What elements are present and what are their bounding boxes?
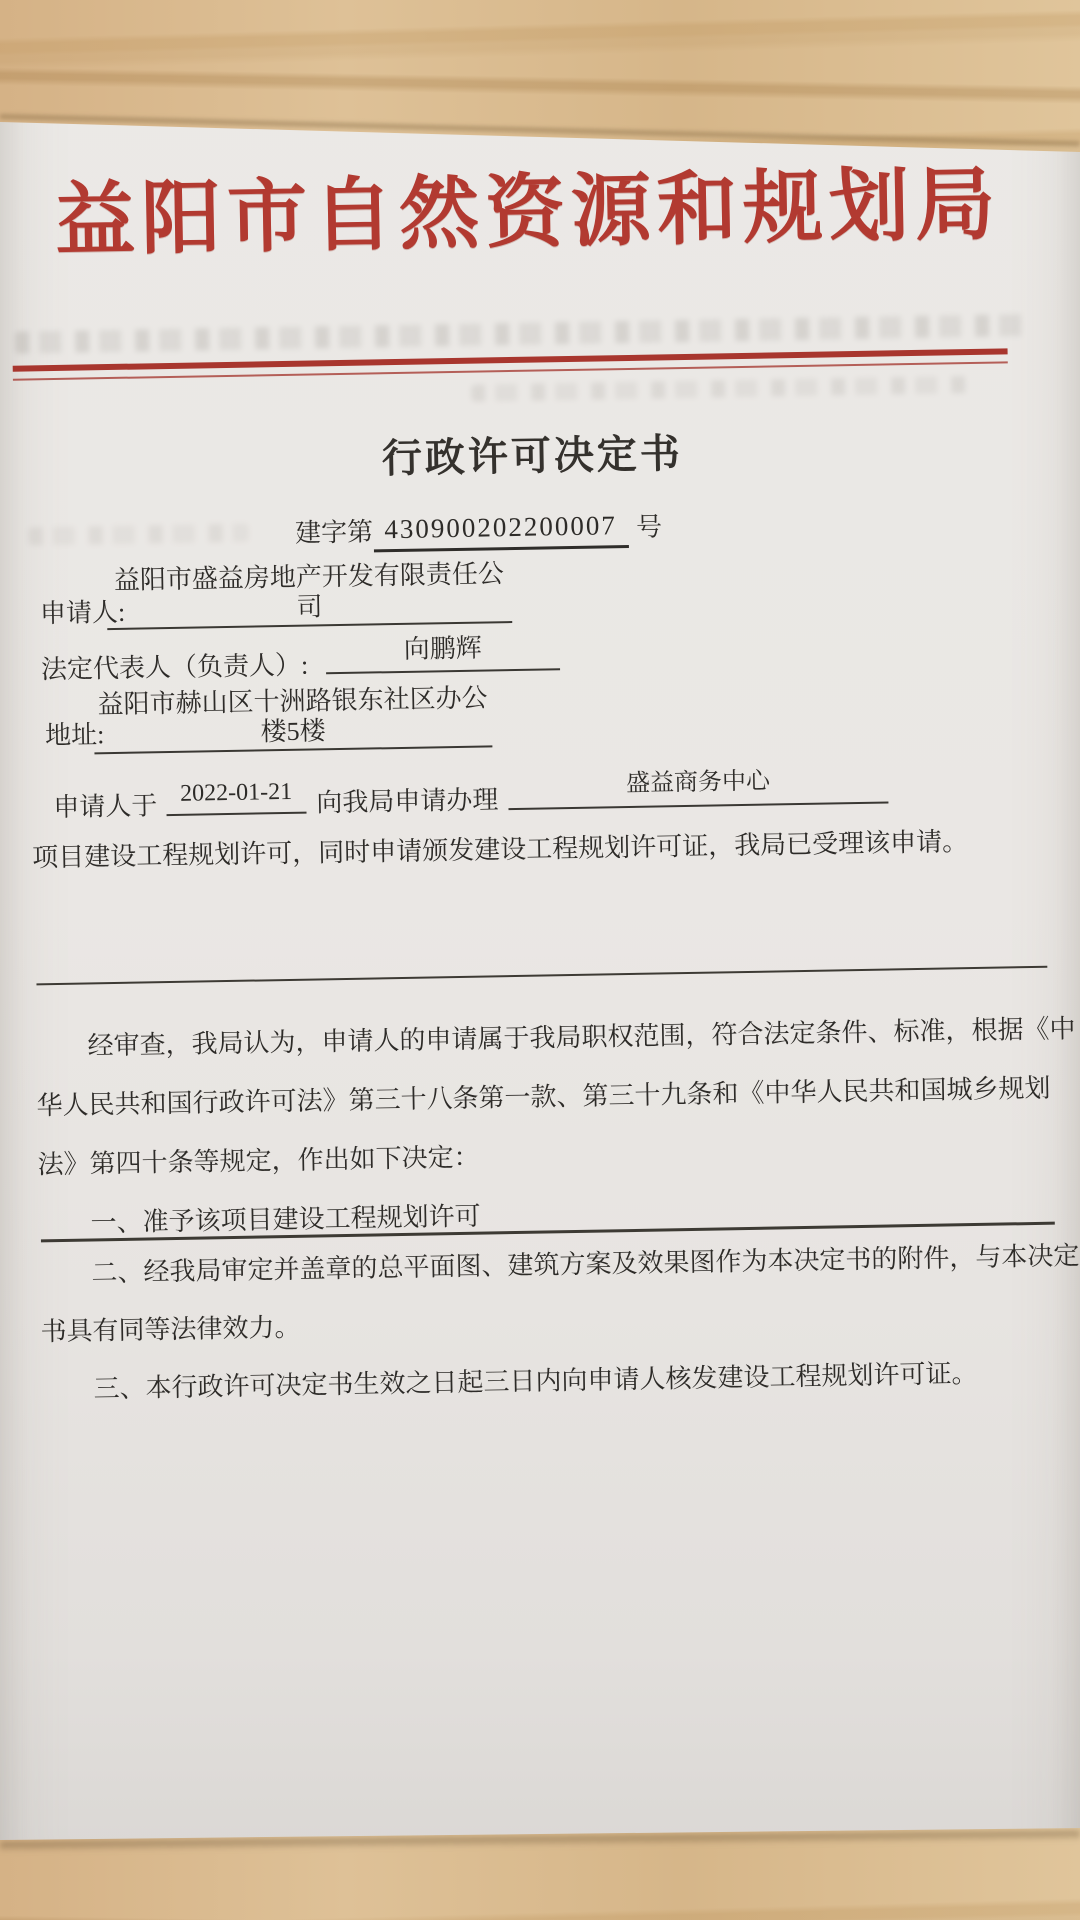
agency-header-title: 益阳市自然资源和规划局 [0, 163, 1069, 262]
red-double-rule [13, 348, 1008, 380]
project-name-value: 盛益商务中心 [508, 764, 889, 810]
doc-number-value: 430900202200007 [373, 510, 629, 552]
applied-action-label: 向我局申请办理 [316, 779, 499, 819]
photo-scene: 益阳市自然资源和规划局 行政许可决定书 建字第 430900202200007 … [0, 0, 1080, 1920]
applicant-value: 益阳市盛益房地产开发有限责任公 司 [106, 559, 512, 630]
decision-paragraph-1: 经审查，我局认为，申请人的申请属于我局职权范围，符合法定条件、标准，根据《中 华… [35, 1000, 1055, 1254]
ink-bleedthrough-smudge [471, 376, 971, 402]
decision-paragraph-2: 二、经我局审定并盖章的总平面图、建筑方案及效果图作为本决定书的附件，与本决定 书… [39, 1228, 1058, 1420]
application-note-text: 项目建设工程规划许可，同时申请颁发建设工程规划许可证，我局已受理该申请。 [32, 820, 1048, 875]
document-number-line: 建字第 430900202200007 号 [0, 500, 1019, 560]
doc-number-prefix: 建字第 [295, 511, 374, 553]
legal-representative-label: 法定代表人（负责人）: [41, 645, 309, 687]
application-date-value: 2022-01-21 [166, 777, 307, 816]
legal-representative-value: 向鹏辉 [325, 632, 560, 674]
document-title: 行政许可决定书 [0, 415, 1073, 491]
document-paper: 益阳市自然资源和规划局 行政许可决定书 建字第 430900202200007 … [0, 0, 1080, 1920]
address-value: 益阳市赫山区十洲路银东社区办公 楼5楼 [93, 683, 492, 754]
section-divider-line [36, 966, 1047, 986]
ink-bleedthrough-smudge [15, 314, 1035, 354]
document-content: 益阳市自然资源和规划局 行政许可决定书 建字第 430900202200007 … [0, 0, 1080, 1920]
doc-number-suffix: 号 [636, 506, 663, 547]
applied-on-label: 申请人于 [53, 785, 158, 824]
